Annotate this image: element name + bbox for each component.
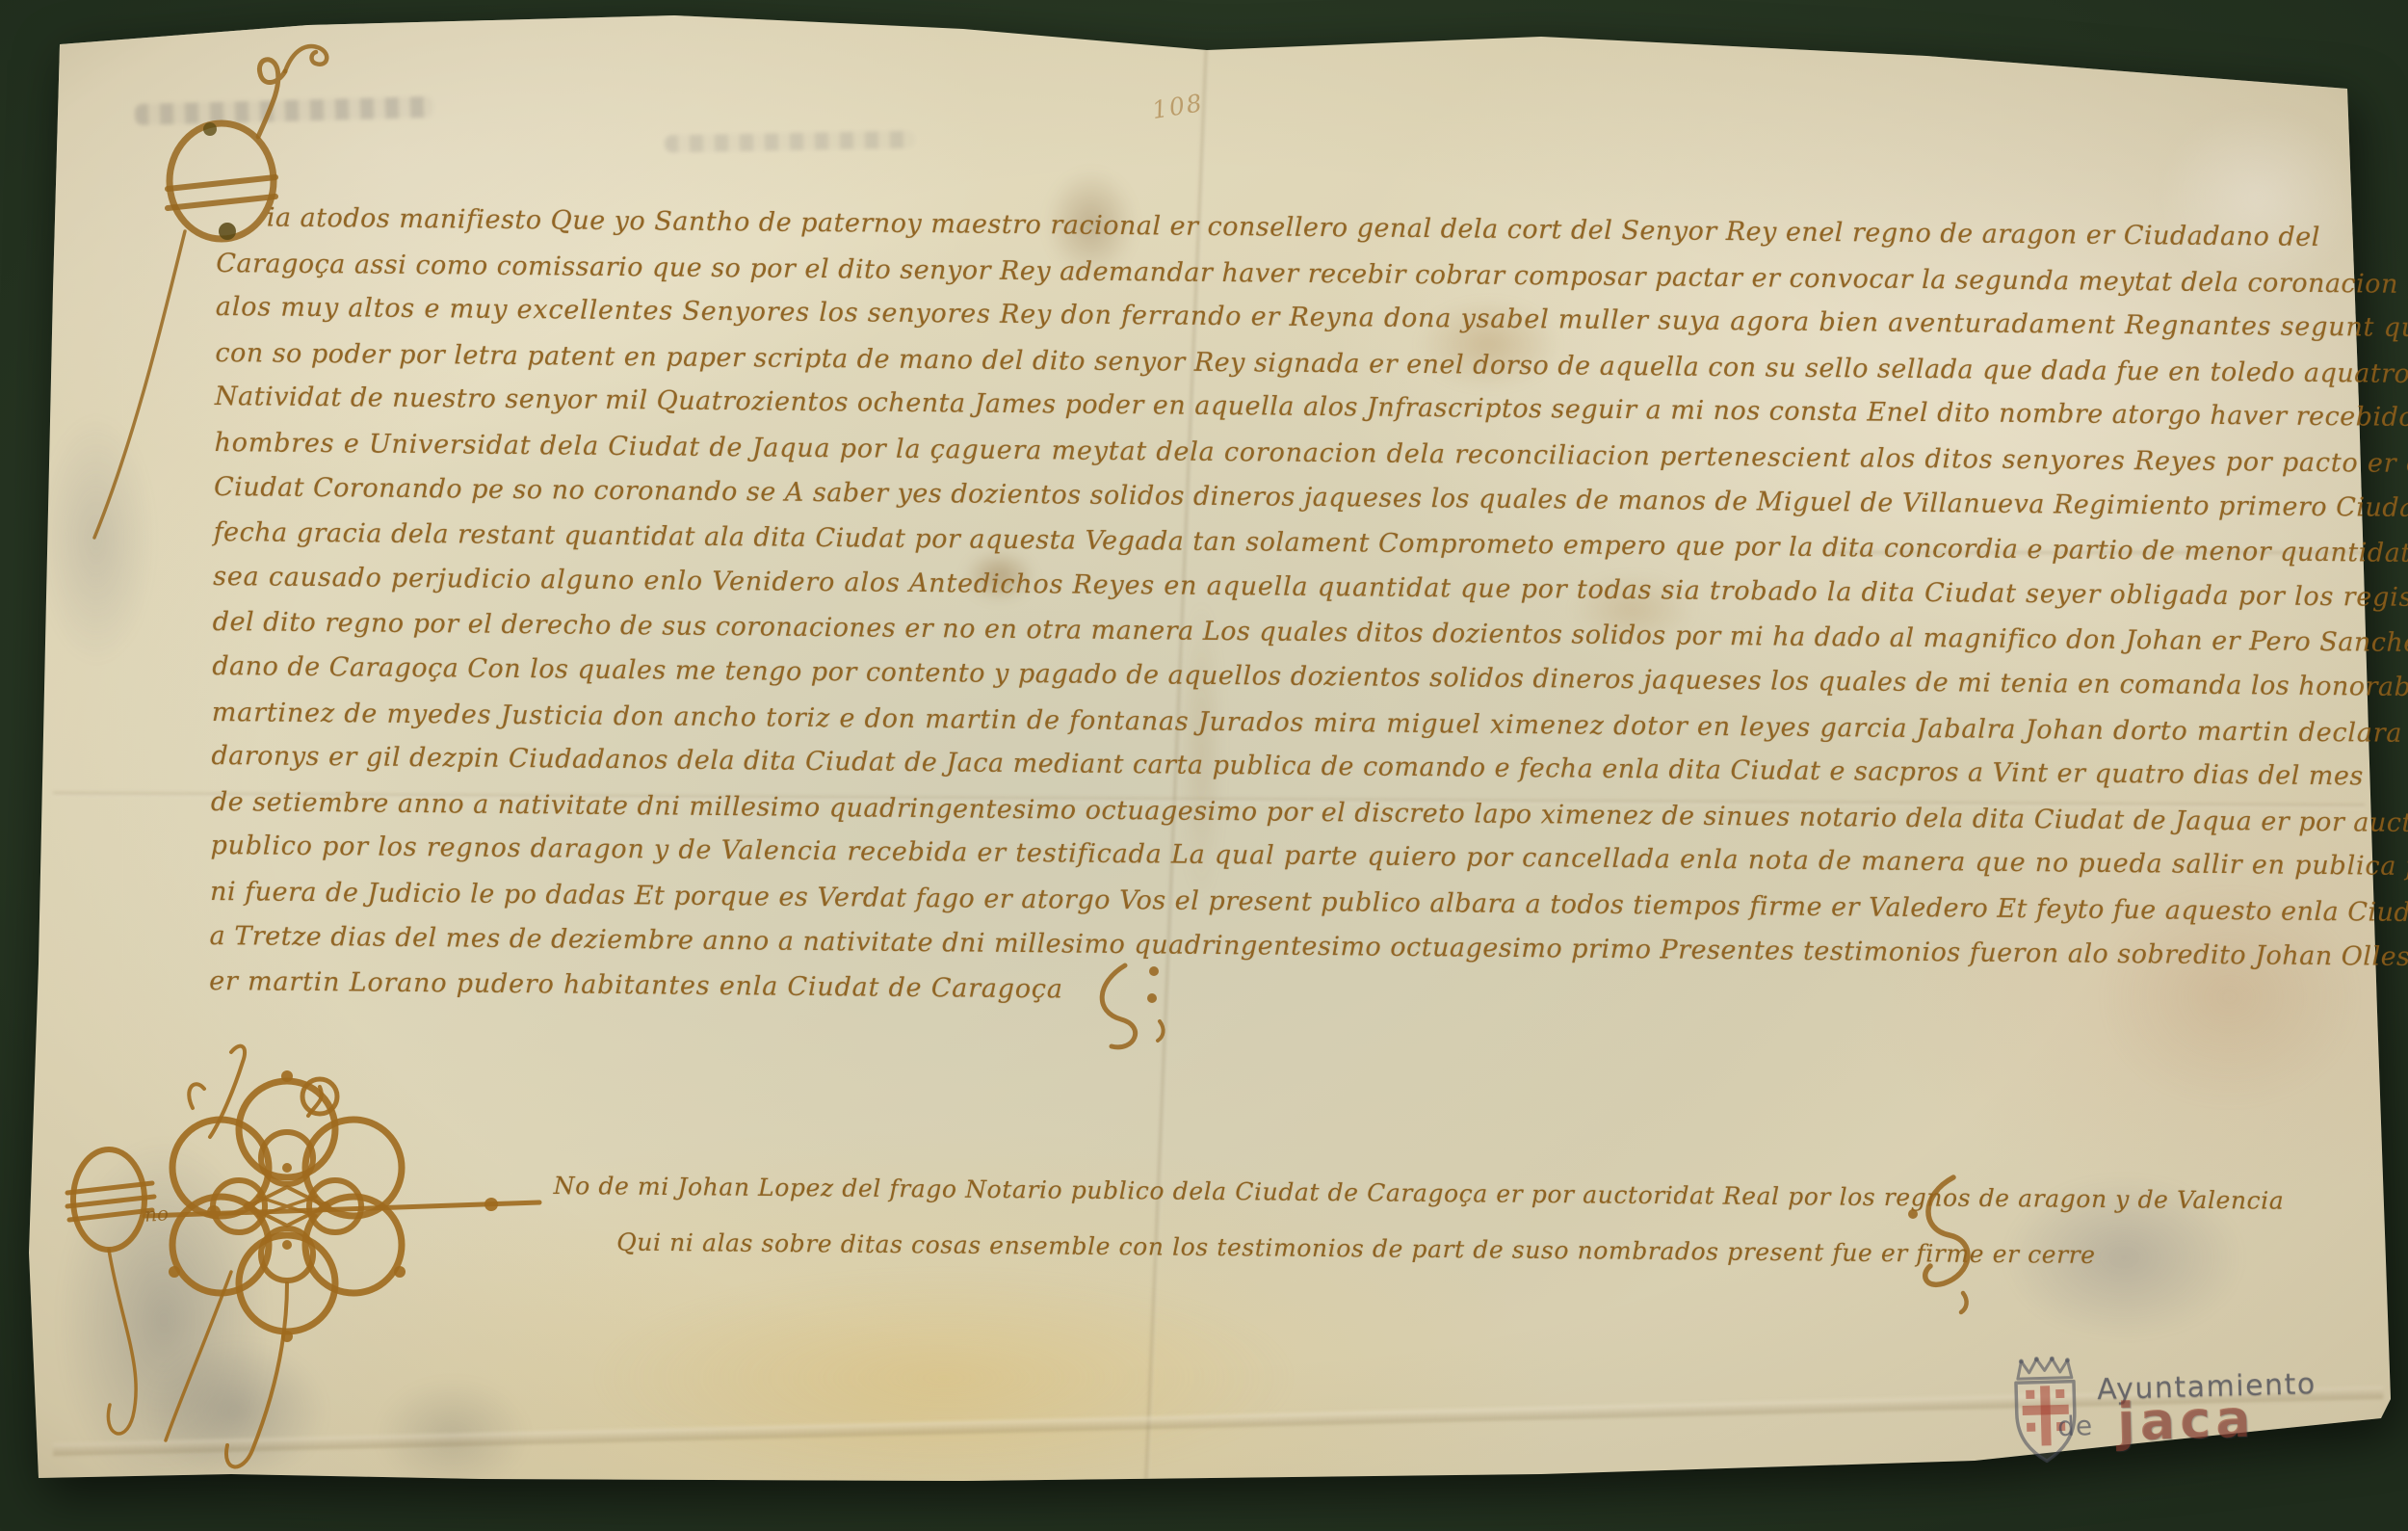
stain	[376, 1378, 530, 1493]
bottom-hem-fold	[53, 1386, 2384, 1456]
manuscript-photo: 108 ia atodos manifiesto Que yo Santho d…	[0, 0, 2408, 1531]
stain	[58, 1137, 270, 1503]
erased-text-remnant	[135, 96, 433, 125]
notarial-sign-label: no	[144, 1201, 170, 1227]
erased-text-remnant	[665, 131, 915, 153]
manuscript-text-block: ia atodos manifiesto Que yo Santho de pa…	[209, 196, 2394, 1024]
stain	[144, 1339, 327, 1484]
stain	[39, 414, 154, 665]
notary-subscription-block: No de mi Johan Lopez del frago Notario p…	[553, 1158, 2384, 1284]
stain	[597, 1272, 1291, 1484]
